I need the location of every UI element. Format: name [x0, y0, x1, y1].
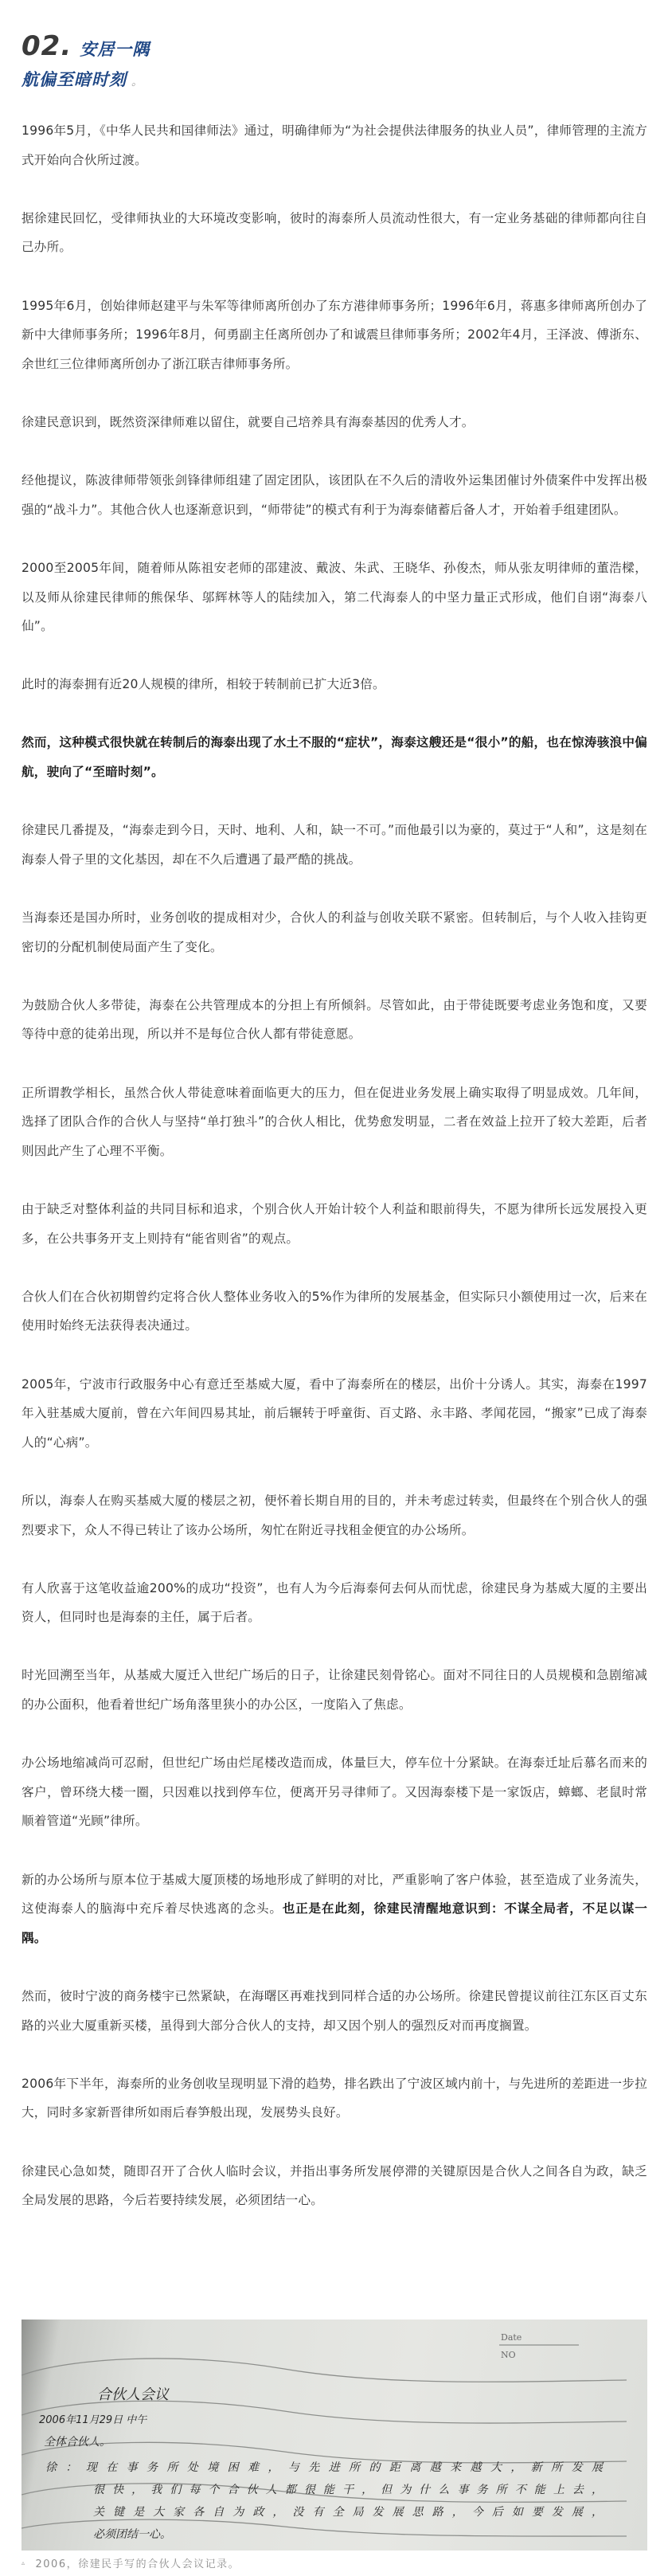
- handwritten-line: 必须团结一心。: [93, 2528, 171, 2541]
- paragraph: 2005年，宁波市行政服务中心有意迁至基威大厦，看中了海泰所在的楼层，出价十分诱…: [21, 1370, 647, 1458]
- paragraph: 当海泰还是国办所时，业务创收的提成相对少，合伙人的利益与创收关联不紧密。但转制后…: [21, 903, 647, 961]
- paragraph: 经他提议，陈波律师带领张剑锋律师组建了固定团队，该团队在不久后的清收外运集团催讨…: [21, 466, 647, 524]
- paragraph: 2000至2005年间，随着师从陈祖安老师的邵建波、戴波、朱武、王晓华、孙俊杰，…: [21, 554, 647, 641]
- paragraph: 徐建民几番提及，“海泰走到今日，天时、地利、人和，缺一不可。”而他最引以为豪的，…: [21, 816, 647, 874]
- caption-triangle-icon: ▵: [21, 2559, 26, 2566]
- paragraph: 1995年6月，创始律师赵建平与朱军等律师离所创办了东方港律师事务所；1996年…: [21, 292, 647, 379]
- paragraph: 所以，海泰人在购买基威大厦的楼层之初，便怀着长期自用的目的，并未考虑过转卖，但最…: [21, 1486, 647, 1544]
- title-period-mark: 。: [131, 76, 143, 88]
- paragraph: 此时的海泰拥有近20人规模的律所，相较于转制前已扩大近3倍。: [21, 670, 647, 699]
- caption-text: 2006，徐建民手写的合伙人会议记录。: [36, 2555, 240, 2570]
- paragraph: 时光回溯至当年，从基威大厦迁入世纪广场后的日子，让徐建民刻骨铭心。面对不同往日的…: [21, 1661, 647, 1719]
- handwritten-title: 合伙人会议: [97, 2386, 170, 2403]
- section-heading: 02. 安居一隅 航偏至暗时刻。: [21, 0, 647, 104]
- paragraph: 办公场地缩减尚可忍耐，但世纪广场由烂尾楼改造而成，体量巨大，停车位十分紧缺。在海…: [21, 1748, 647, 1836]
- paragraph: 据徐建民回忆，受律师执业的大环境改变影响，彼时的海泰所人员流动性很大，有一定业务…: [21, 204, 647, 262]
- handwritten-line: 关键是大家各自为政，没有全局发展思路，今后如要发展，: [93, 2506, 603, 2519]
- paragraph: 由于缺乏对整体利益的共同目标和追求，个别合伙人开始计较个人利益和眼前得失，不愿为…: [21, 1195, 647, 1253]
- paragraph: 2006年下半年，海泰所的业务创收呈现明显下滑的趋势，排名跌出了宁波区域内前十，…: [21, 2069, 647, 2128]
- article-body: 1996年5月，《中华人民共和国律师法》通过，明确律师为“为社会提供法律服务的执…: [21, 116, 647, 2215]
- section-title-line1: 安居一隅: [80, 37, 150, 61]
- paragraph: 徐建民意识到，既然资深律师难以留住，就要自己培养具有海泰基因的优秀人才。: [21, 408, 647, 437]
- paragraph-emphasis: 然而，这种模式很快就在转制后的海泰出现了水土不服的“症状”，海泰这艘还是“很小”…: [21, 728, 647, 786]
- notebook-photo: Date NO 合伙人会议 2006年11月29日 中午 全体合伙人。 徐：现在…: [21, 2320, 647, 2551]
- notebook-lines-graphic: Date NO 合伙人会议 2006年11月29日 中午 全体合伙人。 徐：现在…: [21, 2320, 647, 2551]
- paragraph: 合伙人们在合伙初期曾约定将合伙人整体业务收入的5%作为律所的发展基金，但实际只小…: [21, 1282, 647, 1341]
- section-title-line2: 航偏至暗时刻: [21, 70, 127, 89]
- paragraph: 徐建民心急如焚，随即召开了合伙人临时会议，并指出事务所发展停滞的关键原因是合伙人…: [21, 2157, 647, 2215]
- paragraph: 1996年5月，《中华人民共和国律师法》通过，明确律师为“为社会提供法律服务的执…: [21, 116, 647, 174]
- photo-caption: ▵ 2006，徐建民手写的合伙人会议记录。: [21, 2555, 240, 2570]
- handwritten-attendees: 全体合伙人。: [44, 2436, 111, 2449]
- no-label: NO: [501, 2350, 516, 2360]
- handwritten-date: 2006年11月29日 中午: [39, 2414, 147, 2426]
- paragraph: 有人欣喜于这笔收益逾200%的成功“投资”，也有人为今后海泰何去何从而忧虑，徐建…: [21, 1574, 647, 1632]
- article: 02. 安居一隅 航偏至暗时刻。 1996年5月，《中华人民共和国律师法》通过，…: [21, 0, 647, 2244]
- date-label: Date: [501, 2332, 522, 2343]
- section-number: 02.: [21, 30, 72, 62]
- handwritten-line: 徐：现在事务所处境困难，与先进所的距离越来越大，新所发展: [45, 2461, 604, 2474]
- paragraph: 然而，彼时宁波的商务楼宇已然紧缺，在海曙区再难找到同样合适的办公场所。徐建民曾提…: [21, 1982, 647, 2040]
- paragraph: 正所谓教学相长，虽然合伙人带徒意味着面临更大的压力，但在促进业务发展上确实取得了…: [21, 1079, 647, 1166]
- paragraph-with-emphasis: 新的办公场所与原本位于基威大厦顶楼的场地形成了鲜明的对比，严重影响了客户体验，甚…: [21, 1865, 647, 1953]
- handwritten-line: 很快，我们每个合伙人都很能干，但为什么事务所不能上去，: [93, 2484, 603, 2496]
- paragraph: 为鼓励合伙人多带徒，海泰在公共管理成本的分担上有所倾斜。尽管如此，由于带徒既要考…: [21, 991, 647, 1049]
